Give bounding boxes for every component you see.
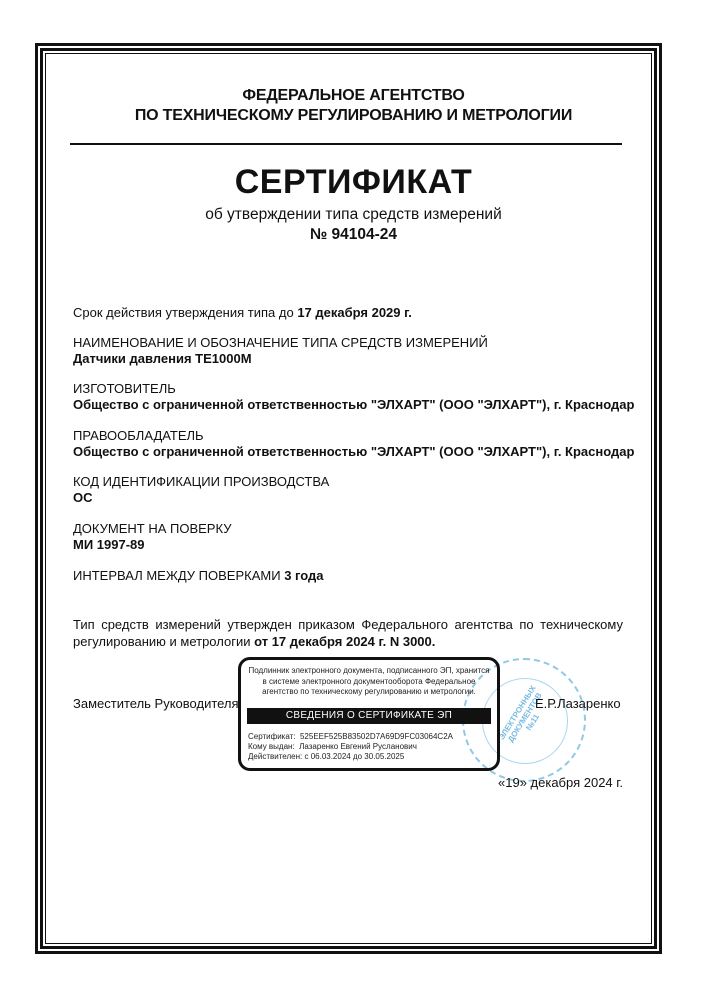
- field-manufacturer-label: ИЗГОТОВИТЕЛЬ: [73, 381, 176, 397]
- signature-certificate-details: Сертификат: 525EEF525B83502D7A69D9FC0306…: [248, 732, 453, 762]
- electronic-signature-block: Подлинник электронного документа, подпис…: [238, 657, 500, 771]
- field-rightholder-label: ПРАВООБЛАДАТЕЛЬ: [73, 428, 204, 444]
- field-type-label: НАИМЕНОВАНИЕ И ОБОЗНАЧЕНИЕ ТИПА СРЕДСТВ …: [73, 335, 488, 351]
- valid-period: с 06.03.2024 до 30.05.2025: [304, 752, 404, 761]
- certificate-label: Сертификат:: [248, 732, 296, 742]
- interval-line: ИНТЕРВАЛ МЕЖДУ ПОВЕРКАМИ 3 года: [73, 568, 324, 584]
- validity-line: Срок действия утверждения типа до 17 дек…: [73, 305, 412, 321]
- validity-date: 17 декабря 2029 г.: [297, 305, 412, 320]
- certificate-title: СЕРТИФИКАТ: [0, 163, 707, 202]
- field-verification-doc-value: МИ 1997-89: [73, 537, 145, 553]
- agency-name-line2: ПО ТЕХНИЧЕСКОМУ РЕГУЛИРОВАНИЮ И МЕТРОЛОГ…: [0, 104, 707, 127]
- field-type-value: Датчики давления TE1000M: [73, 351, 252, 367]
- header-divider: [70, 143, 622, 145]
- issued-to-label: Кому выдан:: [248, 742, 295, 752]
- certificate-serial: 525EEF525B83502D7A69D9FC03064C2A: [300, 732, 453, 741]
- signature-certificate-heading: СВЕДЕНИЯ О СЕРТИФИКАТЕ ЭП: [247, 708, 491, 724]
- signature-notice: Подлинник электронного документа, подпис…: [247, 666, 491, 698]
- valid-label: Действителен:: [248, 752, 302, 762]
- interval-label: ИНТЕРВАЛ МЕЖДУ ПОВЕРКАМИ: [73, 568, 284, 583]
- signature-date: «19» декабря 2024 г.: [498, 775, 623, 790]
- field-production-code-label: КОД ИДЕНТИФИКАЦИИ ПРОИЗВОДСТВА: [73, 474, 329, 490]
- field-verification-doc-label: ДОКУМЕНТ НА ПОВЕРКУ: [73, 521, 231, 537]
- signatory-position: Заместитель Руководителя: [73, 696, 239, 711]
- certificate-subtitle: об утверждении типа средств измерений: [0, 206, 707, 224]
- approval-order: от 17 декабря 2024 г. N 3000.: [254, 634, 435, 649]
- approval-paragraph: Тип средств измерений утвержден приказом…: [73, 616, 623, 650]
- issued-to-name: Лазаренко Евгений Русланович: [299, 742, 417, 751]
- interval-value: 3 года: [284, 568, 323, 583]
- signatory-name: Е.Р.Лазаренко: [535, 696, 621, 711]
- validity-label: Срок действия утверждения типа до: [73, 305, 297, 320]
- field-rightholder-value: Общество с ограниченной ответственностью…: [73, 444, 634, 460]
- certificate-number: № 94104-24: [0, 226, 707, 244]
- field-manufacturer-value: Общество с ограниченной ответственностью…: [73, 397, 634, 413]
- field-production-code-value: ОС: [73, 490, 93, 506]
